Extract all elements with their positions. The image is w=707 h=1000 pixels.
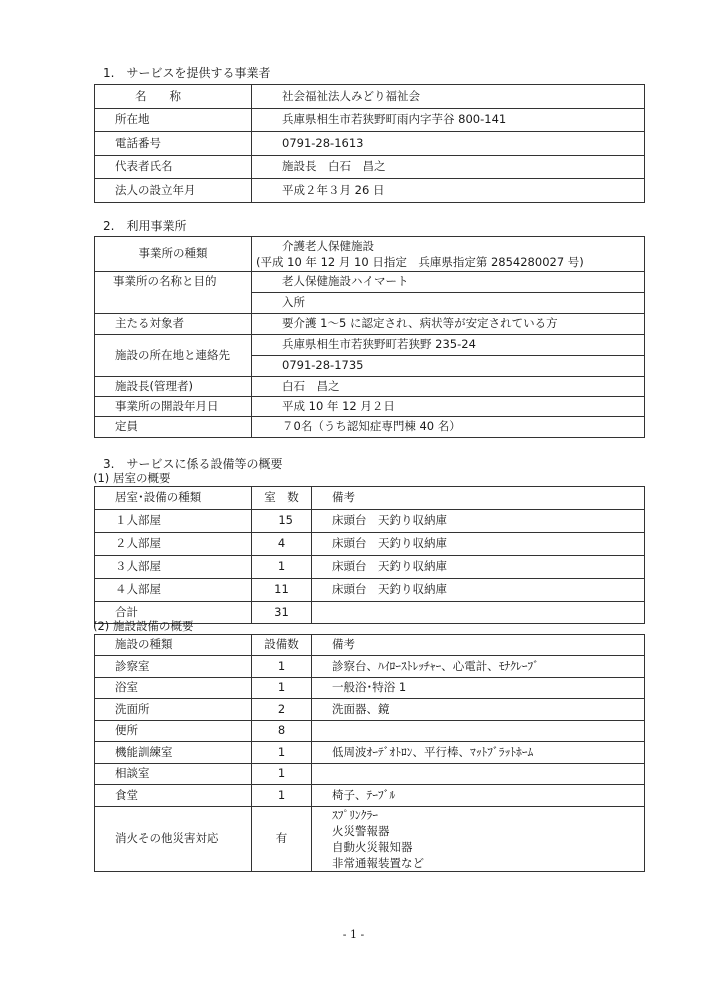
table-row: ３人部屋 1 床頭台 天釣り収納庫 (95, 556, 645, 579)
table-row: 診察室 1 診察台、ﾊｲﾛｰｽﾄﾚｯﾁｬｰ、心電計、ﾓﾅｸﾚｰﾌﾞ (95, 656, 645, 678)
rooms-subheading: (1) 居室の概要 (93, 470, 170, 486)
value-cell: 介護老人保健施設 (平成 10 年 12 月 10 日指定 兵庫県指定第 285… (252, 237, 645, 272)
table-row: 便所 8 (95, 721, 645, 742)
label-cell: 事業所の種類 (95, 237, 252, 272)
facility-type: 便所 (95, 721, 252, 742)
room-note: 床頭台 天釣り収納庫 (312, 533, 645, 556)
header-cell: 備考 (312, 635, 645, 656)
header-cell: 設備数 (252, 635, 312, 656)
facility-type: 相談室 (95, 764, 252, 785)
facility-type: 食堂 (95, 785, 252, 807)
room-note: 床頭台 天釣り収納庫 (312, 579, 645, 602)
facility-count: 8 (252, 721, 312, 742)
label-cell: 所在地 (95, 109, 252, 132)
table-row: ４人部屋 11 床頭台 天釣り収納庫 (95, 579, 645, 602)
facility-type: 診察室 (95, 656, 252, 678)
facility-count: 1 (252, 764, 312, 785)
section2-heading: 2. 利用事業所 (103, 217, 186, 234)
table-row: 消火その他災害対応 有 ｽﾌﾟﾘﾝｸﾗｰ 火災警報器 自動火災報知器 非常通報装… (95, 807, 645, 872)
label-cell: 法人の設立年月 (95, 179, 252, 203)
table-row: 浴室 1 一般浴･特浴 1 (95, 678, 645, 699)
room-type: １人部屋 (95, 510, 252, 533)
facility-table: 事業所の種類 介護老人保健施設 (平成 10 年 12 月 10 日指定 兵庫県… (94, 236, 645, 438)
table-row: 洗面所 2 洗面器、鏡 (95, 699, 645, 721)
section1-heading: 1. サービスを提供する事業者 (103, 64, 270, 81)
table-row: 名 称 社会福祉法人みどり福祉会 (95, 85, 645, 109)
provider-table: 名 称 社会福祉法人みどり福祉会 所在地 兵庫県相生市若狭野町雨内字芋谷 800… (94, 84, 645, 203)
fire-note-line: 自動火災報知器 (332, 839, 644, 855)
table-row: 施設長(管理者) 白石 昌之 (95, 377, 645, 397)
label-cell: 事業所の開設年月日 (95, 397, 252, 417)
facilities-subheading: (2) 施設設備の概要 (93, 618, 193, 634)
room-count: 31 (252, 602, 312, 624)
header-cell: 室 数 (252, 487, 312, 510)
room-type: ３人部屋 (95, 556, 252, 579)
room-type: ４人部屋 (95, 579, 252, 602)
room-count: 11 (252, 579, 312, 602)
value-cell: 0791-28-1735 (252, 356, 645, 377)
table-row: 代表者氏名 施設長 白石 昌之 (95, 156, 645, 179)
facility-count: 1 (252, 678, 312, 699)
fire-note-line: 非常通報装置など (332, 855, 644, 871)
label-cell: 定員 (95, 417, 252, 438)
room-note: 床頭台 天釣り収納庫 (312, 556, 645, 579)
label-cell: 主たる対象者 (95, 314, 252, 335)
header-cell: 備考 (312, 487, 645, 510)
value-cell: 入所 (252, 293, 645, 314)
table-row: 事業所の開設年月日 平成 10 年 12 月２日 (95, 397, 645, 417)
value-cell: 老人保健施設ハイマート (252, 272, 645, 293)
facility-type: 洗面所 (95, 699, 252, 721)
header-cell: 居室･設備の種類 (95, 487, 252, 510)
value-cell: 平成 10 年 12 月２日 (252, 397, 645, 417)
room-count: 1 (252, 556, 312, 579)
table-row: 電話番号 0791-28-1613 (95, 132, 645, 156)
room-count: 4 (252, 533, 312, 556)
value-cell: 平成２年３月 26 日 (252, 179, 645, 203)
table-header-row: 居室･設備の種類 室 数 備考 (95, 487, 645, 510)
table-row: 施設の所在地と連絡先 兵庫県相生市若狭野町若狭野 235-24 (95, 335, 645, 356)
value-cell: 社会福祉法人みどり福祉会 (252, 85, 645, 109)
table-row: 機能訓練室 1 低周波ｵｰﾃﾞｵﾄﾛﾝ、平行棒、ﾏｯﾄﾌﾞﾗｯﾄﾎｰﾑ (95, 742, 645, 764)
label-cell: 施設長(管理者) (95, 377, 252, 397)
facility-count: 1 (252, 742, 312, 764)
value-cell: ７0名（うち認知症専門棟 40 名） (252, 417, 645, 438)
table-row: ２人部屋 4 床頭台 天釣り収納庫 (95, 533, 645, 556)
value-cell: 0791-28-1613 (252, 132, 645, 156)
label-cell: 電話番号 (95, 132, 252, 156)
type-value-line1: 介護老人保健施設 (256, 238, 644, 254)
facility-note: ｽﾌﾟﾘﾝｸﾗｰ 火災警報器 自動火災報知器 非常通報装置など (312, 807, 645, 872)
value-cell: 兵庫県相生市若狭野町若狭野 235-24 (252, 335, 645, 356)
type-value-line2: (平成 10 年 12 月 10 日指定 兵庫県指定第 2854280027 号… (256, 254, 644, 270)
value-cell: 兵庫県相生市若狭野町雨内字芋谷 800-141 (252, 109, 645, 132)
room-type: ２人部屋 (95, 533, 252, 556)
facility-type: 消火その他災害対応 (95, 807, 252, 872)
facility-type: 機能訓練室 (95, 742, 252, 764)
room-note: 床頭台 天釣り収納庫 (312, 510, 645, 533)
table-row: 定員 ７0名（うち認知症専門棟 40 名） (95, 417, 645, 438)
header-cell: 施設の種類 (95, 635, 252, 656)
label-cell: 代表者氏名 (95, 156, 252, 179)
facility-count: 2 (252, 699, 312, 721)
label-cell: 事業所の名称と目的 (95, 272, 252, 314)
room-note (312, 602, 645, 624)
fire-note-line: 火災警報器 (332, 823, 644, 839)
facility-note (312, 764, 645, 785)
table-row: 法人の設立年月 平成２年３月 26 日 (95, 179, 645, 203)
table-row: 事業所の名称と目的 老人保健施設ハイマート (95, 272, 645, 293)
value-cell: 要介護 1～5 に認定され、病状等が安定されている方 (252, 314, 645, 335)
facility-note: 一般浴･特浴 1 (312, 678, 645, 699)
facility-count: 有 (252, 807, 312, 872)
facility-count: 1 (252, 656, 312, 678)
fire-note-line: ｽﾌﾟﾘﾝｸﾗｰ (332, 807, 644, 823)
table-row: 事業所の種類 介護老人保健施設 (平成 10 年 12 月 10 日指定 兵庫県… (95, 237, 645, 272)
label-cell: 名 称 (95, 85, 252, 109)
value-cell: 白石 昌之 (252, 377, 645, 397)
facility-note: 洗面器、鏡 (312, 699, 645, 721)
facility-type: 浴室 (95, 678, 252, 699)
page-number: - 1 - (0, 928, 707, 941)
table-row: １人部屋 15 床頭台 天釣り収納庫 (95, 510, 645, 533)
facility-note: 椅子、ﾃｰﾌﾞﾙ (312, 785, 645, 807)
rooms-table: 居室･設備の種類 室 数 備考 １人部屋 15 床頭台 天釣り収納庫 ２人部屋 … (94, 486, 645, 624)
facility-note (312, 721, 645, 742)
table-row: 食堂 1 椅子、ﾃｰﾌﾞﾙ (95, 785, 645, 807)
facility-note: 診察台、ﾊｲﾛｰｽﾄﾚｯﾁｬｰ、心電計、ﾓﾅｸﾚｰﾌﾞ (312, 656, 645, 678)
table-row: 主たる対象者 要介護 1～5 に認定され、病状等が安定されている方 (95, 314, 645, 335)
label-cell: 施設の所在地と連絡先 (95, 335, 252, 377)
value-cell: 施設長 白石 昌之 (252, 156, 645, 179)
facility-count: 1 (252, 785, 312, 807)
table-header-row: 施設の種類 設備数 備考 (95, 635, 645, 656)
facilities-table: 施設の種類 設備数 備考 診察室 1 診察台、ﾊｲﾛｰｽﾄﾚｯﾁｬｰ、心電計、ﾓ… (94, 634, 645, 872)
room-count: 15 (252, 510, 312, 533)
table-row: 相談室 1 (95, 764, 645, 785)
table-row: 所在地 兵庫県相生市若狭野町雨内字芋谷 800-141 (95, 109, 645, 132)
facility-note: 低周波ｵｰﾃﾞｵﾄﾛﾝ、平行棒、ﾏｯﾄﾌﾞﾗｯﾄﾎｰﾑ (312, 742, 645, 764)
